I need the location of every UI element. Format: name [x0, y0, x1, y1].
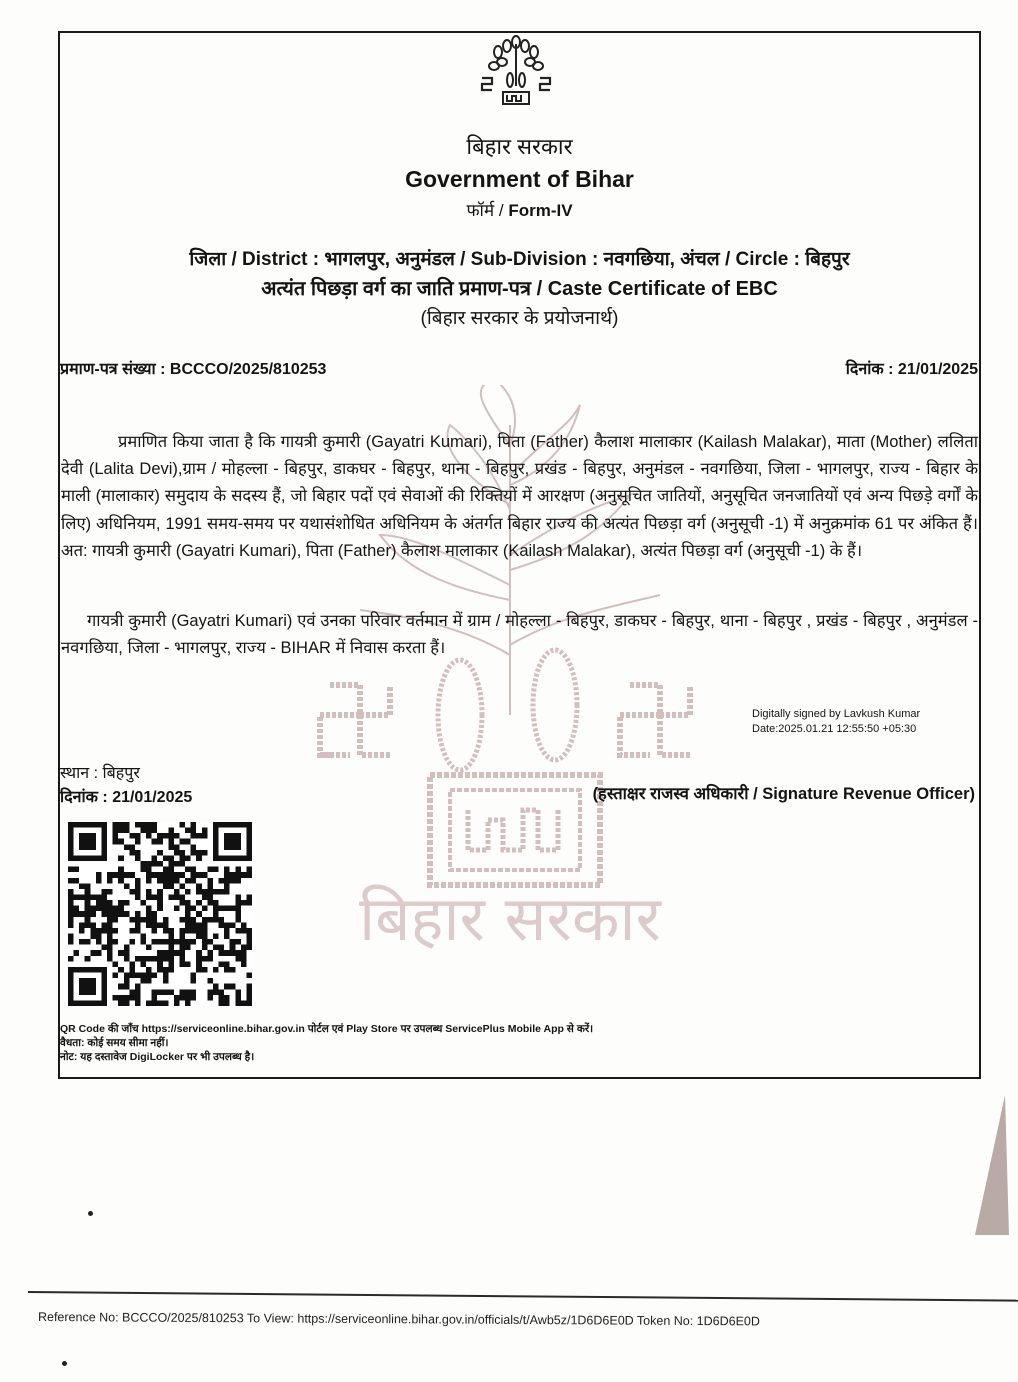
officer-signature-label: (हस्ताक्षर राजस्व अधिकारी / Signature Re… [593, 781, 975, 804]
place-date-label: दिनांक : [60, 789, 108, 806]
government-english-title: Government of Bihar [58, 166, 981, 193]
form-hindi: फॉर्म / [466, 201, 503, 220]
footer-divider [28, 1291, 1018, 1302]
issue-date-value: 21/01/2025 [898, 361, 978, 378]
issue-date-label: दिनांक : [846, 361, 894, 378]
qr-notes: QR Code की जाँच https://serviceonline.bi… [60, 1022, 593, 1064]
bihar-emblem-icon [474, 34, 558, 110]
digilocker-note: नोट: यह दस्तावेज DigiLocker पर भी उपलब्ध… [60, 1050, 593, 1064]
place-date-value: 21/01/2025 [112, 789, 192, 806]
certificate-meta-row: प्रमाण-पत्र संख्या : BCCCO/2025/810253 द… [60, 357, 978, 379]
place-date-line: दिनांक : 21/01/2025 [60, 786, 192, 810]
certificate-purpose: (बिहार सरकार के प्रयोजनार्थ) [58, 304, 981, 330]
residence-paragraph: गायत्री कुमारी (Gayatri Kumari) एवं उनका… [61, 608, 978, 662]
place-and-date: स्थान : बिहपुर दिनांक : 21/01/2025 [60, 762, 192, 810]
paper-speck [88, 1211, 93, 1216]
certificate-number: BCCCO/2025/810253 [170, 361, 327, 378]
paper-fold-shadow [955, 1095, 1015, 1235]
paper-speck [62, 1361, 67, 1366]
qr-code-icon[interactable] [68, 822, 252, 1006]
validity-note: वैधता: कोई समय सीमा नहीं। [60, 1036, 593, 1050]
qr-verification-note: QR Code की जाँच https://serviceonline.bi… [60, 1022, 593, 1036]
place-label: स्थान : [60, 765, 98, 782]
government-hindi-title: बिहार सरकार [58, 131, 981, 161]
issue-date: दिनांक : 21/01/2025 [846, 357, 978, 379]
form-number: फॉर्म / Form-IV [58, 198, 981, 221]
form-english: Form-IV [508, 201, 572, 220]
digital-signature: Digitally signed by Lavkush Kumar Date:2… [752, 707, 920, 737]
digital-signature-signer: Digitally signed by Lavkush Kumar [752, 707, 920, 722]
place-value: बिहपुर [103, 765, 140, 782]
certification-paragraph: प्रमाणित किया जाता है कि गायत्री कुमारी … [61, 429, 978, 565]
certificate-title: अत्यंत पिछड़ा वर्ग का जाति प्रमाण-पत्र /… [58, 274, 981, 301]
place-line: स्थान : बिहपुर [60, 762, 192, 786]
district-line: जिला / District : भागलपुर, अनुमंडल / Sub… [58, 245, 981, 271]
certificate-number-label: प्रमाण-पत्र संख्या : [60, 361, 165, 378]
reference-line: Reference No: BCCCO/2025/810253 To View:… [38, 1310, 760, 1328]
digital-signature-date: Date:2025.01.21 12:55:50 +05:30 [752, 722, 920, 737]
